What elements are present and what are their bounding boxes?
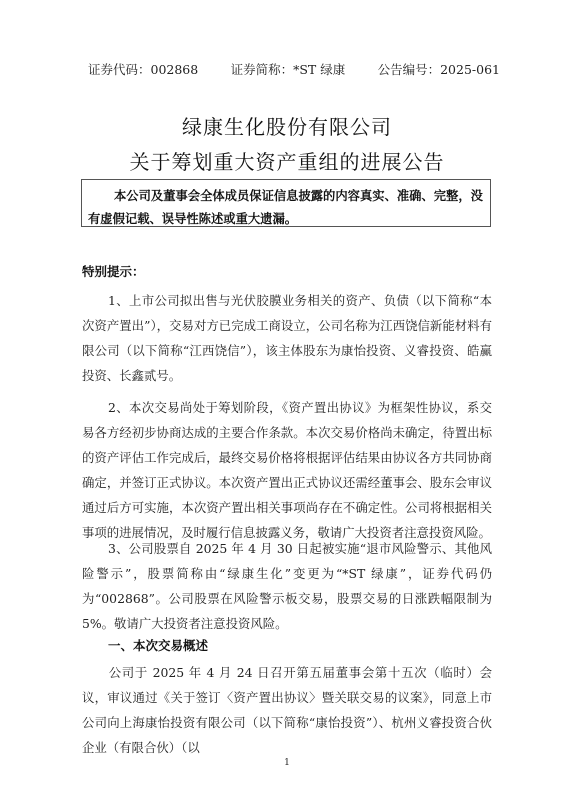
document-header: 证券代码：002868 证券简称：*ST 绿康 公告编号：2025-061 <box>88 60 500 78</box>
section-one-text: 公司于 2025 年 4 月 24 日召开第五届董事会第十五次（临时）会议，审议… <box>82 665 492 755</box>
announcement-number: 公告编号：2025-061 <box>378 60 500 78</box>
stock-abbreviation: 证券简称：*ST 绿康 <box>231 60 346 78</box>
section-one-heading: 一、本次交易概述 <box>108 636 208 654</box>
special-note-1-text: 1、上市公司拟出售与光伏胶膜业务相关的资产、负债（以下简称“本次资产置出”），交… <box>82 293 492 383</box>
disclaimer-box: 本公司及董事会全体成员保证信息披露的内容真实、准确、完整，没有虚假记载、误导性陈… <box>81 179 491 227</box>
special-note-3-text: 3、公司股票自 2025 年 4 月 30 日起被实施“退市风险警示、其他风险警… <box>82 541 492 631</box>
document-page: 证券代码：002868 证券简称：*ST 绿康 公告编号：2025-061 绿康… <box>0 0 574 812</box>
company-name: 绿康生化股份有限公司 <box>0 111 574 140</box>
section-one-paragraph: 公司于 2025 年 4 月 24 日召开第五届董事会第十五次（临时）会议，审议… <box>82 660 492 760</box>
announcement-title: 关于筹划重大资产重组的进展公告 <box>0 146 574 175</box>
special-note-2-text: 2、本次交易尚处于筹划阶段，《资产置出协议》为框架性协议，系交易各方经初步协商达… <box>82 400 492 540</box>
special-note-3: 3、公司股票自 2025 年 4 月 30 日起被实施“退市风险警示、其他风险警… <box>82 536 492 636</box>
special-note-1: 1、上市公司拟出售与光伏胶膜业务相关的资产、负债（以下简称“本次资产置出”），交… <box>82 288 492 388</box>
page-number: 1 <box>0 758 574 768</box>
special-notes-heading: 特别提示： <box>82 262 145 280</box>
disclaimer-text: 本公司及董事会全体成员保证信息披露的内容真实、准确、完整，没有虚假记载、误导性陈… <box>88 189 483 226</box>
special-note-2: 2、本次交易尚处于筹划阶段，《资产置出协议》为框架性协议，系交易各方经初步协商达… <box>82 395 492 545</box>
stock-code: 证券代码：002868 <box>88 60 198 78</box>
